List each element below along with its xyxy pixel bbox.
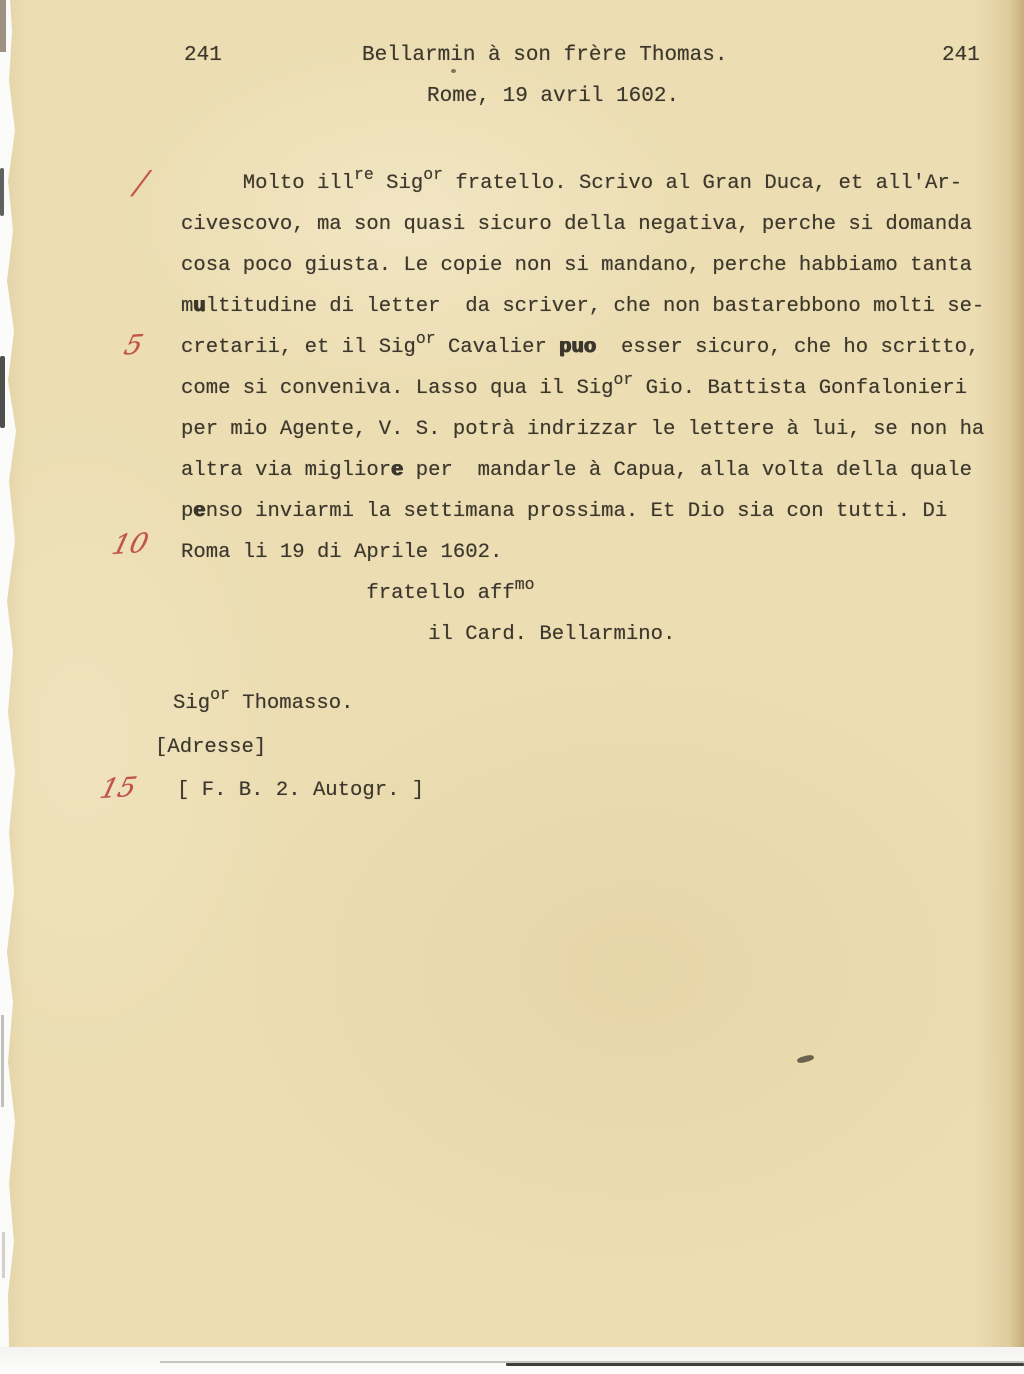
letter-line: per mio Agente, V. S. potrà indrizzar le… <box>181 409 991 450</box>
text-segment: u <box>193 295 205 318</box>
text-segment: Sig <box>173 692 210 715</box>
superscript-text: re <box>354 165 374 184</box>
letter-line: il Card. Bellarmino. <box>181 614 991 655</box>
text-segment: esser sicuro, che ho scritto, <box>596 336 979 359</box>
text-segment: fratello aff <box>181 582 515 605</box>
page-number-right: 241 <box>942 44 980 67</box>
text-segment: Thomasso. <box>230 692 354 715</box>
handwritten-line-number: 10 <box>109 528 152 561</box>
letter-line: fratello affmo <box>181 573 991 614</box>
handwritten-line-number: 15 <box>97 772 140 805</box>
text-segment: civescovo, ma son quasi sicuro della neg… <box>181 213 972 236</box>
text-segment: m <box>181 295 193 318</box>
scan-edge-artifact <box>0 356 5 428</box>
addressee-line: Sigor Thomasso. <box>173 692 353 715</box>
archive-reference: [ F. B. 2. Autogr. ] <box>177 779 424 802</box>
text-segment: puo <box>559 336 596 359</box>
superscript-text: or <box>423 165 443 184</box>
text-segment: il Card. Bellarmino. <box>181 623 675 646</box>
text-segment: Gio. Battista Gonfalonieri <box>633 377 967 400</box>
text-segment: p <box>181 500 193 523</box>
scanned-document-page: 241 Bellarmin à son frère Thomas. 241 Ro… <box>0 0 1024 1374</box>
page-number-left: 241 <box>184 44 222 67</box>
text-segment: Molto ill <box>181 172 354 195</box>
dateline: Rome, 19 avril 1602. <box>427 85 679 108</box>
text-segment: Roma li 19 di Aprile 1602. <box>181 541 502 564</box>
text-segment: nso inviarmi la settimana prossima. Et D… <box>206 500 948 523</box>
ink-speck <box>451 69 456 73</box>
text-segment: cretarii, et il Sig <box>181 336 416 359</box>
handwritten-line-number: 5 <box>121 329 146 361</box>
superscript-text: or <box>210 685 230 704</box>
adresse-note: [Adresse] <box>155 736 266 759</box>
text-segment: cosa poco giusta. Le copie non si mandan… <box>181 254 972 277</box>
letter-line: multitudine di letter da scriver, che no… <box>181 286 991 327</box>
text-segment: Sig <box>374 172 423 195</box>
ink-smudge <box>797 1054 815 1064</box>
text-segment: fratello. Scrivo al Gran Duca, et all'Ar… <box>443 172 962 195</box>
scan-edge-artifact <box>1 1015 4 1107</box>
letter-body: Molto illre Sigor fratello. Scrivo al Gr… <box>181 163 991 655</box>
text-segment: come si conveniva. Lasso qua il Sig <box>181 377 614 400</box>
letter-line: Roma li 19 di Aprile 1602. <box>181 532 991 573</box>
superscript-text: or <box>614 370 634 389</box>
scan-edge-artifact <box>0 0 6 52</box>
letter-line: civescovo, ma son quasi sicuro della neg… <box>181 204 991 245</box>
scan-edge-artifact <box>2 1232 5 1278</box>
text-segment: per mandarle à Capua, alla volta della q… <box>403 459 971 482</box>
text-segment: per mio Agente, V. S. potrà indrizzar le… <box>181 418 984 441</box>
text-segment: ltitudine di letter da scriver, che non … <box>206 295 985 318</box>
superscript-text: mo <box>515 575 535 594</box>
letter-title: Bellarmin à son frère Thomas. <box>362 44 727 67</box>
text-segment: e <box>193 500 205 523</box>
letter-line: cretarii, et il Sigor Cavalier puo esser… <box>181 327 991 368</box>
text-segment: Cavalier <box>436 336 560 359</box>
letter-line: penso inviarmi la settimana prossima. Et… <box>181 491 991 532</box>
scan-edge-artifact <box>0 168 4 216</box>
text-segment: e <box>391 459 403 482</box>
page-edge-shadow-dark <box>506 1363 1024 1366</box>
letter-line: come si conveniva. Lasso qua il Sigor Gi… <box>181 368 991 409</box>
handwritten-line-number: / <box>131 165 151 202</box>
paper-sheet: 241 Bellarmin à son frère Thomas. 241 Ro… <box>0 0 1024 1347</box>
letter-line: cosa poco giusta. Le copie non si mandan… <box>181 245 991 286</box>
letter-line: altra via migliore per mandarle à Capua,… <box>181 450 991 491</box>
superscript-text: or <box>416 329 436 348</box>
letter-line: Molto illre Sigor fratello. Scrivo al Gr… <box>181 163 991 204</box>
text-segment: altra via miglior <box>181 459 391 482</box>
